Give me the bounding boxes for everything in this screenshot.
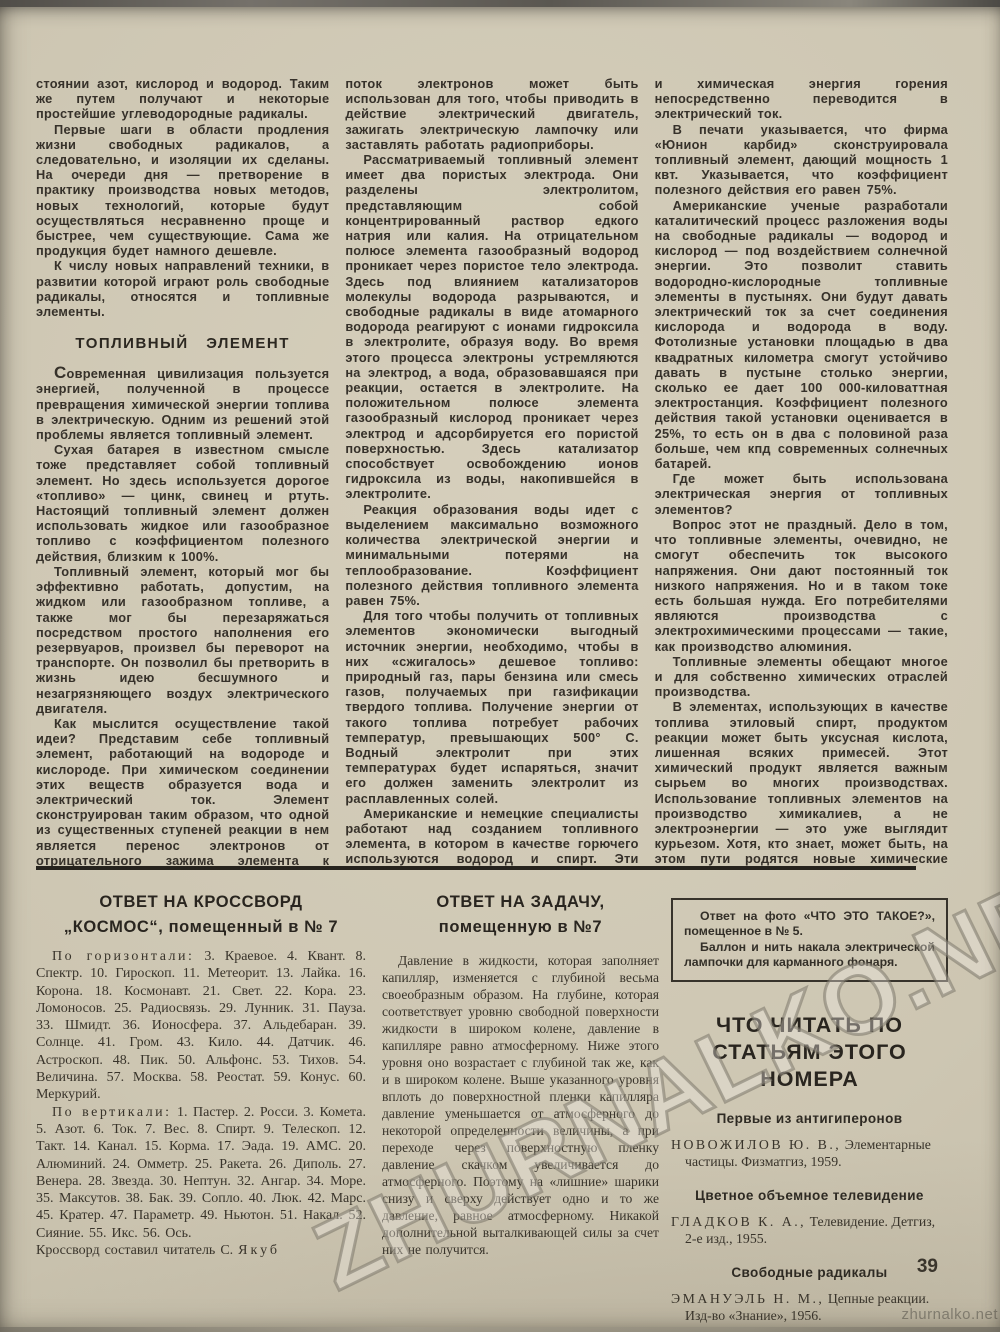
article-paragraph: В элементах, использующих в качестве топ… <box>655 699 948 870</box>
reading-reference: ГЛАДКОВ К. А., Телевидение. Детгиз, 2-е … <box>671 1213 948 1247</box>
crossword-credit: Кроссворд составил читатель С. Якуб <box>36 1242 366 1259</box>
across-label: По горизонтали: <box>52 949 194 964</box>
reading-topic: Первые из антигиперонов <box>671 1111 948 1126</box>
article-paragraph: Сухая батарея в известном смысле тоже пр… <box>36 442 329 564</box>
article-paragraph: Рассматриваемый топливный элемент имеет … <box>345 152 638 502</box>
reference-author: НОВОЖИЛОВ Ю. В., <box>671 1137 841 1152</box>
page-number: 39 <box>917 1256 938 1278</box>
task-title-line1: ОТВЕТ НА ЗАДАЧУ, <box>382 892 659 913</box>
reading-reference: НОВОЖИЛОВ Ю. В., Элементарные частицы. Ф… <box>671 1136 948 1170</box>
article-paragraph: Американские ученые разработали каталити… <box>655 198 948 472</box>
crossword-across: По горизонтали: 3. Краевое. 4. Квант. 8.… <box>36 948 366 1104</box>
reference-author: ГЛАДКОВ К. А., <box>671 1214 806 1229</box>
article-columns: стоянии азот, кислород и водород. Таким … <box>36 76 948 870</box>
crossword-title-line1: ОТВЕТ НА КРОССВОРД <box>36 892 366 913</box>
photo-answer-line1: Ответ на фото «ЧТО ЭТО ТАКОЕ?», помещенн… <box>684 909 935 940</box>
watermark-small: zhurnalko.net <box>901 1306 998 1323</box>
scan-edge-top <box>0 0 1000 7</box>
crossword-down: По вертикали: 1. Пастер. 2. Росси. 3. Ко… <box>36 1104 366 1242</box>
article-paragraph: Для того чтобы получить от топливных эле… <box>345 608 638 806</box>
article-paragraph: поток электронов может быть использован … <box>345 76 638 152</box>
task-title-line2: помещенную в №7 <box>382 917 659 938</box>
bottom-sections: ОТВЕТ НА КРОССВОРД „КОСМОС“, помещенный … <box>36 892 948 1292</box>
right-bottom-column: Ответ на фото «ЧТО ЭТО ТАКОЕ?», помещенн… <box>671 892 948 1292</box>
article-paragraph: Вопрос этот не праздный. Дело в том, что… <box>655 517 948 654</box>
article-paragraph: Где может быть использована электрическа… <box>655 471 948 517</box>
reference-author: ЭМАНУЭЛЬ Н. М., <box>671 1291 824 1306</box>
article-paragraph: Топливные элементы обещают многое и для … <box>655 654 948 700</box>
crossword-answer-section: ОТВЕТ НА КРОССВОРД „КОСМОС“, помещенный … <box>36 892 366 1292</box>
article-column-right: и химическая энергия горения непосредств… <box>655 76 948 870</box>
article-heading: ТОПЛИВНЫЙ ЭЛЕМЕНТ <box>36 335 329 352</box>
article-paragraph: Первые шаги в области продления жизни св… <box>36 122 329 259</box>
task-answer-section: ОТВЕТ НА ЗАДАЧУ, помещенную в №7 Давлени… <box>382 892 659 1292</box>
scan-edge-bottom <box>0 1327 1000 1332</box>
article-paragraph: К числу новых направлений техники, в раз… <box>36 258 329 319</box>
article-paragraph: В печати указывается, что фирма «Юнион к… <box>655 122 948 198</box>
article-paragraph: Современная цивилизация пользуется энерг… <box>36 365 329 442</box>
crossword-answers: По горизонтали: 3. Краевое. 4. Квант. 8.… <box>36 948 366 1259</box>
reading-topic: Цветное объемное телевидение <box>671 1188 948 1203</box>
article-column-left: стоянии азот, кислород и водород. Таким … <box>36 76 329 870</box>
task-answer-text: Давление в жидкости, которая заполняет к… <box>382 952 659 1258</box>
article-paragraph: Реакция образования воды идет с выделени… <box>345 502 638 608</box>
article-paragraph: Топливный элемент, который мог бы эффект… <box>36 564 329 716</box>
reading-list-section: Первые из антигиперонов НОВОЖИЛОВ Ю. В.,… <box>671 1111 948 1324</box>
credit-name: Якуб <box>238 1243 280 1258</box>
down-label: По вертикали: <box>52 1105 172 1120</box>
article-paragraph: Как мыслится осуществление такой идеи? П… <box>36 716 329 870</box>
section-divider-rule <box>36 866 916 870</box>
reading-list-title: ЧТО ЧИТАТЬ ПО СТАТЬЯМ ЭТОГО НОМЕРА <box>690 1012 930 1093</box>
article-column-middle: поток электронов может быть использован … <box>345 76 638 870</box>
crossword-title-line2: „КОСМОС“, помещенный в № 7 <box>36 917 366 938</box>
photo-answer-box: Ответ на фото «ЧТО ЭТО ТАКОЕ?», помещенн… <box>671 898 948 982</box>
article-paragraph: Американские и немецкие специалисты рабо… <box>345 806 638 870</box>
reading-topic: Свободные радикалы <box>671 1265 948 1280</box>
credit-text: Кроссворд составил читатель С. <box>36 1243 233 1258</box>
article-paragraph: и химическая энергия горения непосредств… <box>655 76 948 122</box>
article-paragraph: стоянии азот, кислород и водород. Таким … <box>36 76 329 122</box>
across-words: 3. Краевое. 4. Квант. 8. Спектр. 10. Гир… <box>36 949 366 1102</box>
down-words: 1. Пастер. 2. Росси. 3. Комета. 5. Азот.… <box>36 1105 366 1241</box>
photo-answer-line2: Баллон и нить накала электрической лампо… <box>684 940 935 971</box>
